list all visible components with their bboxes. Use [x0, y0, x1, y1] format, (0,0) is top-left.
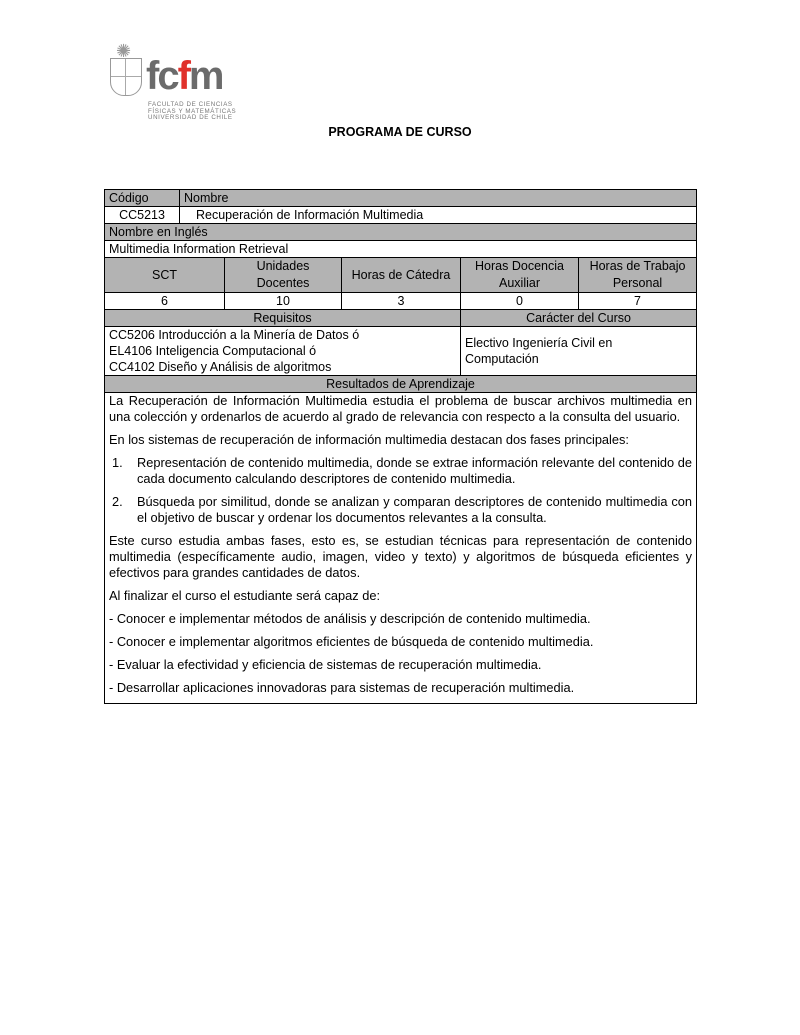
credits-header-units: Unidades Docentes: [225, 258, 342, 293]
university-crest-icon: [110, 58, 142, 96]
credits-header-lecture-hours: Horas de Cátedra: [342, 258, 461, 293]
character-header: Carácter del Curso: [461, 310, 697, 327]
phase-text: Representación de contenido multimedia, …: [137, 455, 692, 486]
phase-text: Búsqueda por similitud, donde se analiza…: [137, 494, 692, 525]
code-label: Código: [105, 190, 180, 207]
credits-value-lecture-hours: 3: [342, 293, 461, 310]
phase-item: 2.Búsqueda por similitud, donde se anali…: [109, 494, 692, 526]
learning-results-body: La Recuperación de Información Multimedi…: [105, 393, 697, 704]
course-scope: Este curso estudia ambas fases, esto es,…: [109, 533, 692, 581]
credits-value-sct: 6: [105, 293, 225, 310]
phase-item: 1.Representación de contenido multimedia…: [109, 455, 692, 487]
requirement-item: EL4106 Inteligencia Computacional ó: [109, 343, 456, 359]
character-line: Computación: [465, 351, 692, 367]
requirements-list: CC5206 Introducción a la Minería de Dato…: [105, 327, 461, 376]
english-name-label: Nombre en Inglés: [105, 224, 697, 241]
outcome-item: - Evaluar la efectividad y eficiencia de…: [109, 657, 692, 673]
course-program-table: Código Nombre CC5213 Recuperación de Inf…: [104, 189, 697, 704]
logo-brand: fcfm: [146, 54, 222, 98]
phases-intro: En los sistemas de recuperación de infor…: [109, 432, 692, 448]
credits-value-units: 10: [225, 293, 342, 310]
credits-header-aux-hours: Horas Docencia Auxiliar: [461, 258, 579, 293]
outcome-item: - Desarrollar aplicaciones innovadoras p…: [109, 680, 692, 696]
outcome-item: - Conocer e implementar métodos de análi…: [109, 611, 692, 627]
requirement-item: CC4102 Diseño y Análisis de algoritmos: [109, 359, 456, 375]
requirement-item: CC5206 Introducción a la Minería de Dato…: [109, 327, 456, 343]
document-title: PROGRAMA DE CURSO: [0, 125, 800, 139]
credits-header-sct: SCT: [105, 258, 225, 293]
credits-value-personal-hours: 7: [579, 293, 697, 310]
phase-number: 2.: [112, 494, 123, 510]
credits-header-personal-hours: Horas de Trabajo Personal: [579, 258, 697, 293]
results-intro: La Recuperación de Información Multimedi…: [109, 393, 692, 425]
logo-subtitle-line: UNIVERSIDAD DE CHILE: [148, 115, 236, 122]
phase-number: 1.: [112, 455, 123, 471]
character-line: Electivo Ingeniería Civil en: [465, 335, 692, 351]
outcome-item: - Conocer e implementar algoritmos efici…: [109, 634, 692, 650]
fcfm-logo: ✺ fcfm FACULTAD DE CIENCIAS FÍSICAS Y MA…: [108, 46, 233, 126]
course-character: Electivo Ingeniería Civil en Computación: [461, 327, 697, 376]
credits-value-aux-hours: 0: [461, 293, 579, 310]
course-english-name: Multimedia Information Retrieval: [105, 241, 697, 258]
course-code: CC5213: [105, 207, 180, 224]
course-name: Recuperación de Información Multimedia: [180, 207, 697, 224]
logo-subtitle: FACULTAD DE CIENCIAS FÍSICAS Y MATEMÁTIC…: [148, 102, 236, 122]
learning-results-header: Resultados de Aprendizaje: [105, 376, 697, 393]
outcomes-intro: Al finalizar el curso el estudiante será…: [109, 588, 692, 604]
phases-list: 1.Representación de contenido multimedia…: [109, 455, 692, 526]
requirements-header: Requisitos: [105, 310, 461, 327]
name-label: Nombre: [180, 190, 697, 207]
